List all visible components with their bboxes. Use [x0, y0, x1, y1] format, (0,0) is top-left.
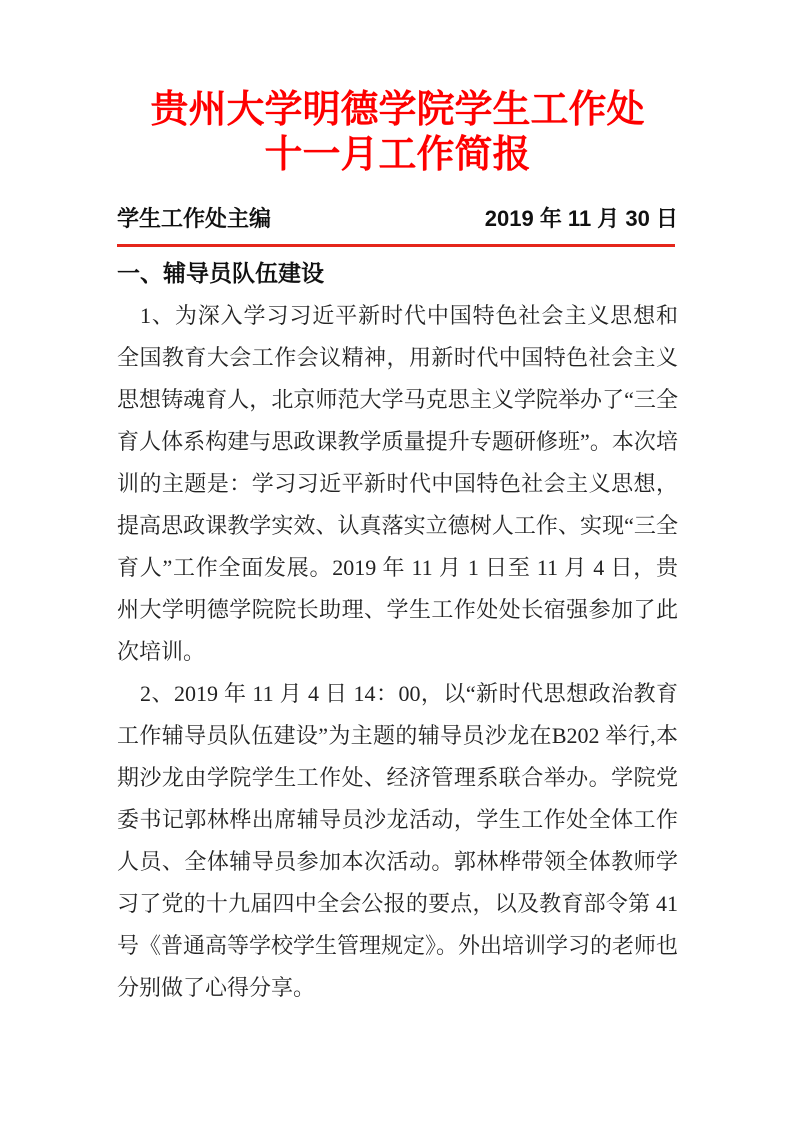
document-title: 贵州大学明德学院学生工作处 十一月工作简报	[117, 0, 678, 178]
bulletin-page: 贵州大学明德学院学生工作处 十一月工作简报 学生工作处主编 2019 年 11 …	[0, 0, 793, 1122]
body-text: 1、为深入学习习近平新时代中国特色社会主义思想和全国教育大会工作会议精神，用新时…	[117, 295, 678, 1009]
editor-label: 学生工作处主编	[117, 204, 271, 234]
title-line-2: 十一月工作简报	[117, 133, 678, 178]
issue-date: 2019 年 11 月 30 日	[485, 204, 678, 234]
page-content: 贵州大学明德学院学生工作处 十一月工作简报 学生工作处主编 2019 年 11 …	[117, 0, 678, 1009]
masthead-row: 学生工作处主编 2019 年 11 月 30 日	[117, 204, 678, 234]
paragraph-2: 2、2019 年 11 月 4 日 14：00，以“新时代思想政治教育工作辅导员…	[117, 673, 678, 1009]
paragraph-1: 1、为深入学习习近平新时代中国特色社会主义思想和全国教育大会工作会议精神，用新时…	[117, 295, 678, 673]
red-divider-rule	[117, 244, 675, 247]
title-line-1: 贵州大学明德学院学生工作处	[117, 88, 678, 133]
section-heading: 一、辅导员队伍建设	[117, 259, 678, 287]
